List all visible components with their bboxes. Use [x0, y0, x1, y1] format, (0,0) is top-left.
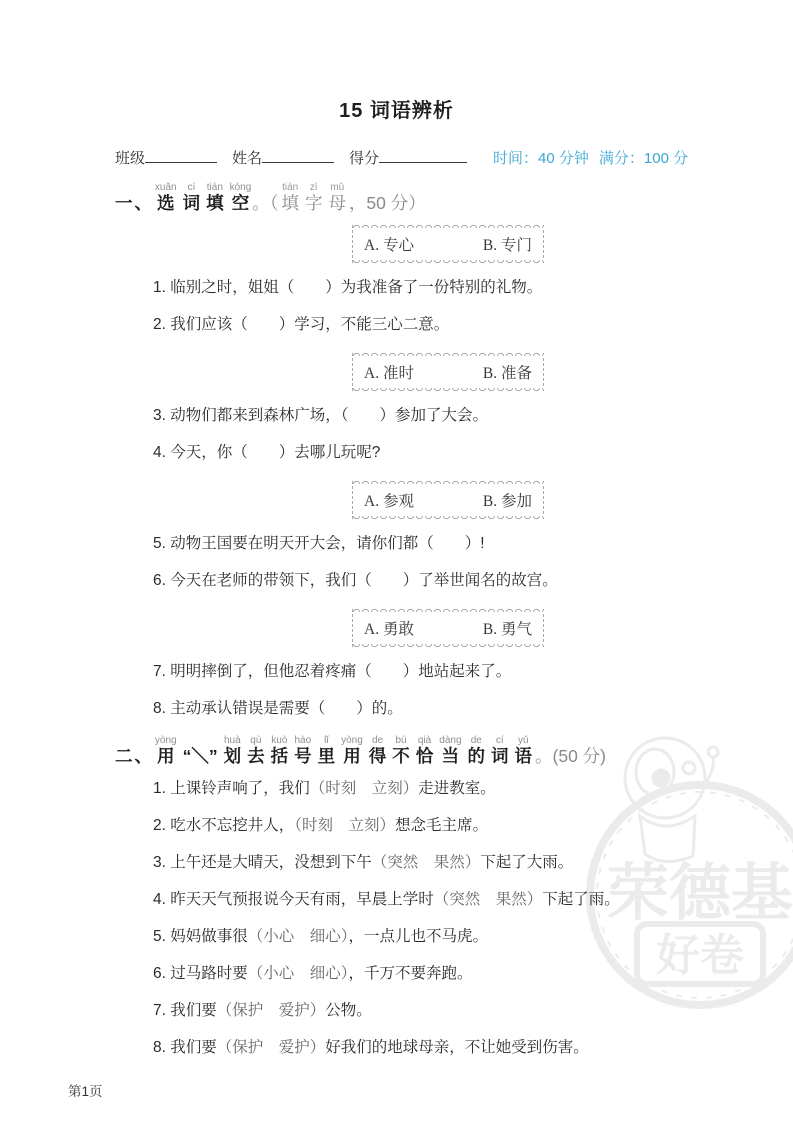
question-choices: （时刻 立刻）	[294, 817, 395, 834]
question-text-post: 下起了大雨。	[480, 854, 573, 871]
question-item: 7. 明明摔倒了，但他忍着疼痛（ ）地站起来了。	[153, 653, 793, 690]
question-text-pre: 1. 上课铃声响了，我们	[153, 780, 310, 797]
heading-char: 词cí	[491, 746, 509, 766]
heading-char: 填tián	[281, 193, 299, 213]
section1-questions-group3: 5. 动物王国要在明天开大会，请你们都（ ）! 6. 今天在老师的带领下，我们（…	[153, 525, 793, 599]
question-item: 5. 妈妈做事很（小心 细心），一点儿也不马虎。	[153, 918, 793, 955]
option-b: B. 专门	[483, 233, 532, 255]
question-text-post: 好我们的地球母亲，不让她受到伤害。	[325, 1039, 589, 1056]
option-box-2: A. 准时 B. 准备	[352, 353, 544, 391]
heading-char: 的de	[468, 746, 486, 766]
section2-title: 用yòng“＼”划huà去qù括kuò号hào里lǐ用yòng得de不bú恰qi…	[154, 746, 535, 766]
option-box-3: A. 参观 B. 参加	[352, 481, 544, 519]
section2-score-note: 。(50 分)	[535, 746, 606, 766]
option-b: B. 参加	[483, 489, 532, 511]
heading-char: 括kuò	[271, 746, 289, 766]
section2-questions: 1. 上课铃声响了，我们（时刻 立刻）走进教室。 2. 吃水不忘挖井人，（时刻 …	[153, 770, 793, 1066]
class-label: 班级	[115, 150, 145, 167]
exam-fullscore-info: 满分：100 分	[599, 150, 688, 167]
page-title: 15 词语辨析	[0, 0, 793, 123]
question-text-post: 想念毛主席。	[395, 817, 488, 834]
name-label: 姓名	[232, 150, 262, 167]
question-item: 7. 我们要（保护 爱护）公物。	[153, 992, 793, 1029]
section2-number: 二、	[115, 746, 154, 766]
question-choices: （突然 果然）	[434, 891, 543, 908]
heading-char: 选xuǎn	[157, 193, 177, 213]
question-text-pre: 2. 吃水不忘挖井人，	[153, 817, 294, 834]
question-item: 8. 我们要（保护 爱护）好我们的地球母亲，不让她受到伤害。	[153, 1029, 793, 1066]
question-text-pre: 8. 我们要	[153, 1039, 217, 1056]
question-item: 8. 主动承认错误是需要（ ）的。	[153, 690, 793, 727]
section2-heading: 二、用yòng“＼”划huà去qù括kuò号hào里lǐ用yòng得de不bú恰…	[115, 735, 793, 768]
option-a: A. 专心	[364, 233, 414, 255]
question-text-post: 走进教室。	[418, 780, 496, 797]
question-choices: （保护 爱护）	[217, 1039, 326, 1056]
worksheet-page: 15 词语辨析 班级姓名得分时间：40 分钟满分：100 分 一、选xuǎn词c…	[0, 0, 793, 1122]
question-text-post: ，一点儿也不马虎。	[349, 928, 489, 945]
section1-heading: 一、选xuǎn词cí填tián空kòng。（填tián字zì母mǔ，50 分）	[115, 182, 793, 215]
question-text-pre: 6. 过马路时要	[153, 965, 248, 982]
section1-number: 一、	[115, 193, 154, 213]
heading-char: 母mǔ	[328, 193, 346, 213]
question-item: 6. 今天在老师的带领下，我们（ ）了举世闻名的故宫。	[153, 562, 793, 599]
question-text-pre: 5. 妈妈做事很	[153, 928, 248, 945]
heading-char: 号hào	[294, 746, 312, 766]
heading-char: 填tián	[206, 193, 224, 213]
heading-char: 用yòng	[341, 746, 363, 766]
option-a: A. 参观	[364, 489, 414, 511]
section1-questions-group4: 7. 明明摔倒了，但他忍着疼痛（ ）地站起来了。 8. 主动承认错误是需要（ ）…	[153, 653, 793, 727]
class-fill-line	[145, 149, 217, 163]
question-item: 1. 上课铃声响了，我们（时刻 立刻）走进教室。	[153, 770, 793, 807]
score-label: 得分	[349, 150, 379, 167]
section1-questions-group1: 1. 临别之时，姐姐（ ）为我准备了一份特别的礼物。 2. 我们应该（ ）学习，…	[153, 269, 793, 343]
question-item: 2. 我们应该（ ）学习，不能三心二意。	[153, 306, 793, 343]
exam-time-info: 时间：40 分钟	[493, 150, 589, 167]
question-item: 2. 吃水不忘挖井人，（时刻 立刻）想念毛主席。	[153, 807, 793, 844]
heading-char: 用yòng	[157, 746, 177, 766]
page-number: 第1页	[68, 1080, 103, 1100]
option-a: A. 勇敢	[364, 617, 414, 639]
heading-char: 词cí	[183, 193, 201, 213]
section1-questions-group2: 3. 动物们都来到森林广场，（ ）参加了大会。 4. 今天，你（ ）去哪儿玩呢?	[153, 397, 793, 471]
heading-char: 字zì	[305, 193, 323, 213]
question-item: 6. 过马路时要（小心 细心），千万不要奔跑。	[153, 955, 793, 992]
heading-char: 当dàng	[439, 746, 461, 766]
question-text-pre: 7. 我们要	[153, 1002, 217, 1019]
option-box-1: A. 专心 B. 专门	[352, 225, 544, 263]
heading-char: 里lǐ	[318, 746, 336, 766]
option-box-4: A. 勇敢 B. 勇气	[352, 609, 544, 647]
student-info-row: 班级姓名得分时间：40 分钟满分：100 分	[115, 147, 743, 168]
section1-title: 选xuǎn词cí填tián空kòng	[154, 193, 252, 213]
question-choices: （时刻 立刻）	[310, 780, 419, 797]
section1-paren-note: 填tián字zì母mǔ	[278, 193, 349, 213]
heading-char: 不bú	[392, 746, 410, 766]
question-item: 1. 临别之时，姐姐（ ）为我准备了一份特别的礼物。	[153, 269, 793, 306]
question-item: 5. 动物王国要在明天开大会，请你们都（ ）!	[153, 525, 793, 562]
name-fill-line	[262, 149, 334, 163]
question-text-pre: 3. 上午还是大晴天，没想到下午	[153, 854, 372, 871]
question-item: 3. 动物们都来到森林广场，（ ）参加了大会。	[153, 397, 793, 434]
question-item: 3. 上午还是大晴天，没想到下午（突然 果然）下起了大雨。	[153, 844, 793, 881]
question-choices: （小心 细心）	[248, 928, 349, 945]
question-item: 4. 今天，你（ ）去哪儿玩呢?	[153, 434, 793, 471]
question-text-pre: 4. 昨天天气预报说今天有雨，早晨上学时	[153, 891, 434, 908]
heading-char: 得de	[369, 746, 387, 766]
option-a: A. 准时	[364, 361, 414, 383]
heading-char: 语yǔ	[515, 746, 533, 766]
question-choices: （突然 果然）	[372, 854, 481, 871]
section1-period: 。	[252, 193, 270, 213]
question-choices: （保护 爱护）	[217, 1002, 326, 1019]
heading-char: 划huà	[224, 746, 242, 766]
option-b: B. 准备	[483, 361, 532, 383]
question-text-post: 公物。	[325, 1002, 372, 1019]
section1-paren-close: ，50 分）	[349, 193, 426, 213]
option-b: B. 勇气	[483, 617, 532, 639]
question-choices: （小心 细心）	[248, 965, 349, 982]
question-text-post: ，千万不要奔跑。	[349, 965, 473, 982]
heading-char: 恰qià	[416, 746, 434, 766]
heading-char: 空kòng	[230, 193, 250, 213]
score-fill-line	[379, 149, 467, 163]
heading-char: 去qù	[247, 746, 265, 766]
question-text-post: 下起了雨。	[542, 891, 620, 908]
question-item: 4. 昨天天气预报说今天有雨，早晨上学时（突然 果然）下起了雨。	[153, 881, 793, 918]
heading-char: “＼”	[183, 746, 218, 766]
